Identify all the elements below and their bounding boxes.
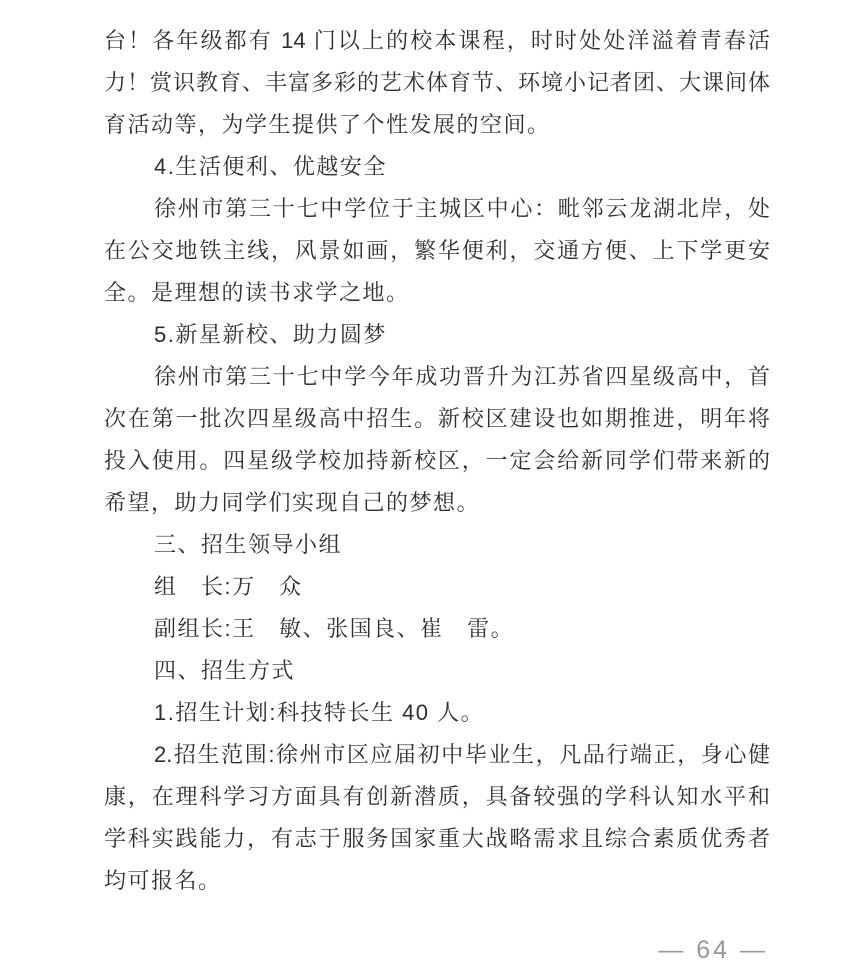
text-line: 在公交地铁主线，风景如画，繁华便利，交通方便、上下学更安 [104, 230, 770, 272]
text-line: 次在第一批次四星级高中招生。新校区建设也如期推进，明年将 [104, 398, 770, 440]
text-line: 投入使用。四星级学校加持新校区，一定会给新同学们带来新的 [104, 440, 770, 482]
document-page: 台！各年级都有 14 门以上的校本课程，时时处处洋溢着青春活力！赏识教育、丰富多… [0, 0, 864, 980]
text-line: 台！各年级都有 14 门以上的校本课程，时时处处洋溢着青春活 [104, 20, 770, 62]
document-body: 台！各年级都有 14 门以上的校本课程，时时处处洋溢着青春活力！赏识教育、丰富多… [104, 20, 770, 902]
text-line: 学科实践能力，有志于服务国家重大战略需求且综合素质优秀者 [104, 818, 770, 860]
text-line: 副组长:王 敏、张国良、崔 雷。 [104, 608, 770, 650]
text-line: 康，在理科学习方面具有创新潜质，具备较强的学科认知水平和 [104, 776, 770, 818]
text-line: 均可报名。 [104, 860, 770, 902]
text-line: 三、招生领导小组 [104, 524, 770, 566]
text-line: 力！赏识教育、丰富多彩的艺术体育节、环境小记者团、大课间体 [104, 62, 770, 104]
text-line: 组 长:万 众 [104, 566, 770, 608]
page-number: — 64 — [658, 934, 768, 966]
text-line: 5.新星新校、助力圆梦 [104, 314, 770, 356]
text-line: 徐州市第三十七中学今年成功晋升为江苏省四星级高中，首 [104, 356, 770, 398]
text-line: 希望，助力同学们实现自己的梦想。 [104, 482, 770, 524]
text-line: 徐州市第三十七中学位于主城区中心：毗邻云龙湖北岸，处 [104, 188, 770, 230]
text-line: 育活动等，为学生提供了个性发展的空间。 [104, 104, 770, 146]
text-line: 2.招生范围:徐州市区应届初中毕业生，凡品行端正，身心健 [104, 734, 770, 776]
text-line: 全。是理想的读书求学之地。 [104, 272, 770, 314]
text-line: 四、招生方式 [104, 650, 770, 692]
text-line: 4.生活便利、优越安全 [104, 146, 770, 188]
text-line: 1.招生计划:科技特长生 40 人。 [104, 692, 770, 734]
